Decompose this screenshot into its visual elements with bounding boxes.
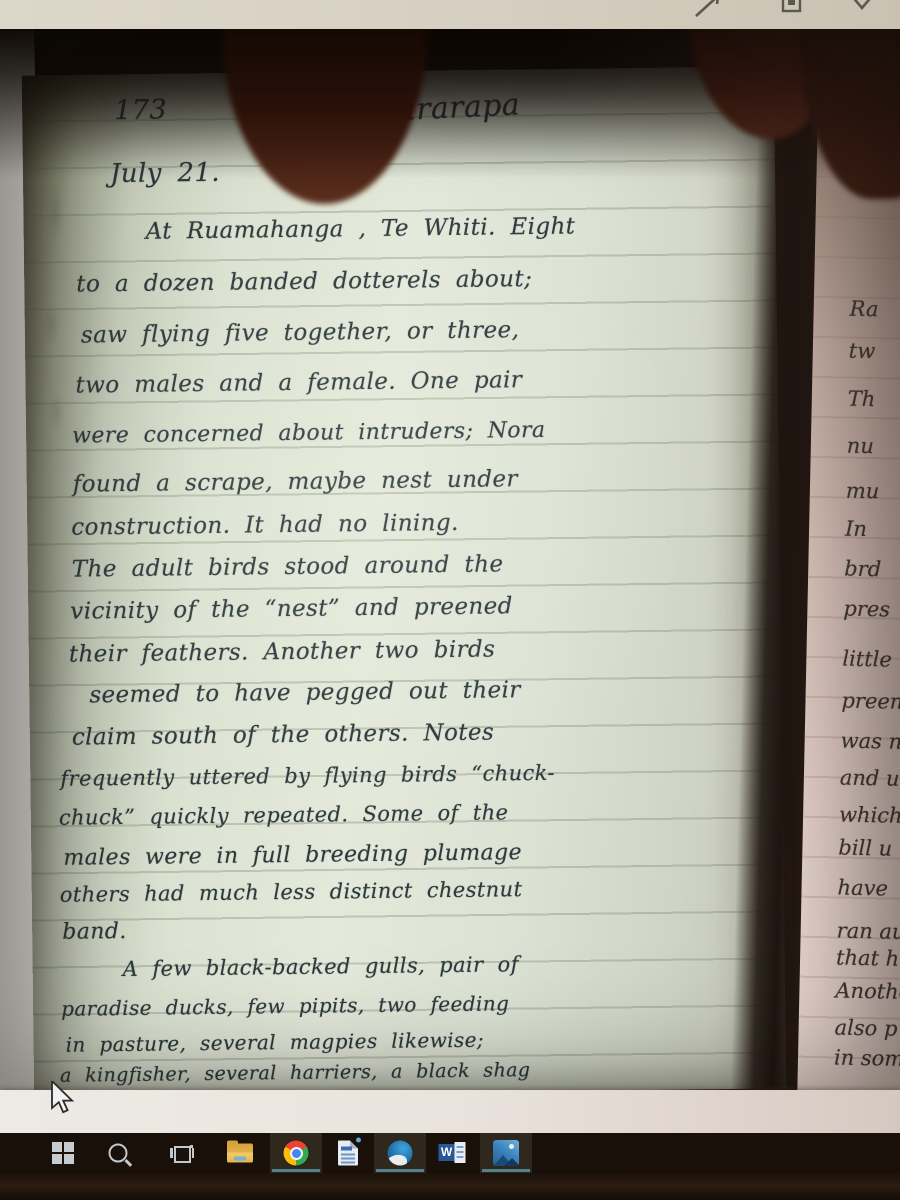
fragment-line: tw <box>849 339 876 364</box>
manuscript-line: At Ruamahanga , Te Whiti. Eight <box>146 213 576 244</box>
folder-icon <box>227 1144 253 1163</box>
fragment-line: brd <box>844 557 881 582</box>
chrome-button[interactable] <box>270 1133 322 1173</box>
share-icon[interactable] <box>692 0 726 22</box>
fragment-line: ran au <box>836 918 900 943</box>
search-button[interactable] <box>92 1133 144 1173</box>
edge-icon <box>388 1141 413 1166</box>
manuscript-line: were concerned about intruders; Nora <box>72 418 546 449</box>
photos-icon <box>493 1140 519 1166</box>
windows-logo-icon <box>52 1142 74 1164</box>
manuscript-line: chuck” quickly repeated. Some of the <box>59 800 509 829</box>
desk-surface <box>0 1173 900 1200</box>
active-app-indicator <box>272 1169 320 1172</box>
active-app-indicator <box>482 1169 530 1172</box>
document-app-button[interactable] <box>322 1133 374 1173</box>
fragment-line: and u <box>840 766 900 791</box>
manuscript-line: to a dozen banded dotterels about; <box>76 266 532 298</box>
manuscript-line: The adult birds stood around the <box>72 551 504 582</box>
fragment-line: Ra <box>849 297 878 322</box>
fragment-line: preen <box>841 689 900 714</box>
manuscript-line: frequently uttered by flying birds “chuc… <box>60 761 555 791</box>
manuscript-text-layer: 173 Wairarapa July 21. At Ruamahanga , T… <box>0 29 900 1133</box>
fragment-line: that h <box>836 945 900 970</box>
manuscript-line: found a scrape, maybe nest under <box>73 466 518 497</box>
manuscript-line: males were in full breeding plumage <box>63 840 522 871</box>
manuscript-line: vicinity of the “nest” and preened <box>70 593 513 624</box>
search-icon <box>109 1144 128 1163</box>
manuscript-line: a kingfisher, several harriers, a black … <box>60 1059 531 1087</box>
fragment-line: have <box>837 875 888 900</box>
fragment-line: In <box>845 517 867 541</box>
word-button[interactable]: W <box>426 1133 478 1173</box>
fragment-line: which <box>839 803 900 828</box>
fragment-line: mu <box>846 479 880 504</box>
task-view-icon <box>170 1145 194 1161</box>
fragment-line: was n <box>840 729 900 754</box>
edge-button[interactable] <box>374 1133 426 1173</box>
fragment-line: Th <box>848 387 876 412</box>
manuscript-line: two males and a female. One pair <box>75 367 522 398</box>
file-explorer-button[interactable] <box>214 1133 266 1173</box>
manuscript-line: others had much less distinct chestnut <box>60 877 523 907</box>
manuscript-line: band. <box>62 919 127 945</box>
fragment-line: also p <box>834 1015 897 1040</box>
manuscript-line: claim south of the others. Notes <box>72 719 495 750</box>
fragment-line: nu <box>847 434 875 459</box>
document-icon <box>338 1141 358 1166</box>
active-app-indicator <box>376 1169 424 1172</box>
word-icon: W <box>439 1141 466 1165</box>
manuscript-line: their feathers. Another two birds <box>69 636 496 667</box>
taskbar: W <box>0 1133 900 1173</box>
photo-viewer-toolbar <box>0 0 900 29</box>
manuscript-line: A few black-backed gulls, pair of <box>123 952 519 981</box>
photo-canvas[interactable]: 173 Wairarapa July 21. At Ruamahanga , T… <box>0 29 900 1133</box>
fragment-line: bill u <box>838 836 892 861</box>
manuscript-line: saw flying five together, or three, <box>81 317 520 348</box>
see-more-chevron-icon[interactable] <box>848 0 876 22</box>
task-view-button[interactable] <box>156 1133 208 1173</box>
manuscript-line: seemed to have pegged out their <box>89 677 521 708</box>
photos-button[interactable] <box>480 1133 532 1173</box>
screen: 173 Wairarapa July 21. At Ruamahanga , T… <box>0 0 900 1200</box>
fragment-line: pres <box>843 597 890 622</box>
manuscript-line: paradise ducks, few pipits, two feeding <box>61 991 509 1020</box>
manuscript-line: in pasture, several magpies likewise; <box>65 1028 484 1057</box>
photo-bottom-margin <box>0 1090 900 1133</box>
chrome-icon <box>284 1141 309 1166</box>
slideshow-icon[interactable] <box>780 0 804 22</box>
manuscript-line: construction. It had no lining. <box>71 510 459 541</box>
fragment-line: Anothe <box>835 978 900 1004</box>
start-button[interactable] <box>37 1133 89 1173</box>
fragment-line: in some <box>834 1045 900 1071</box>
fragment-line: little <box>842 647 892 672</box>
mouse-cursor <box>50 1081 78 1115</box>
